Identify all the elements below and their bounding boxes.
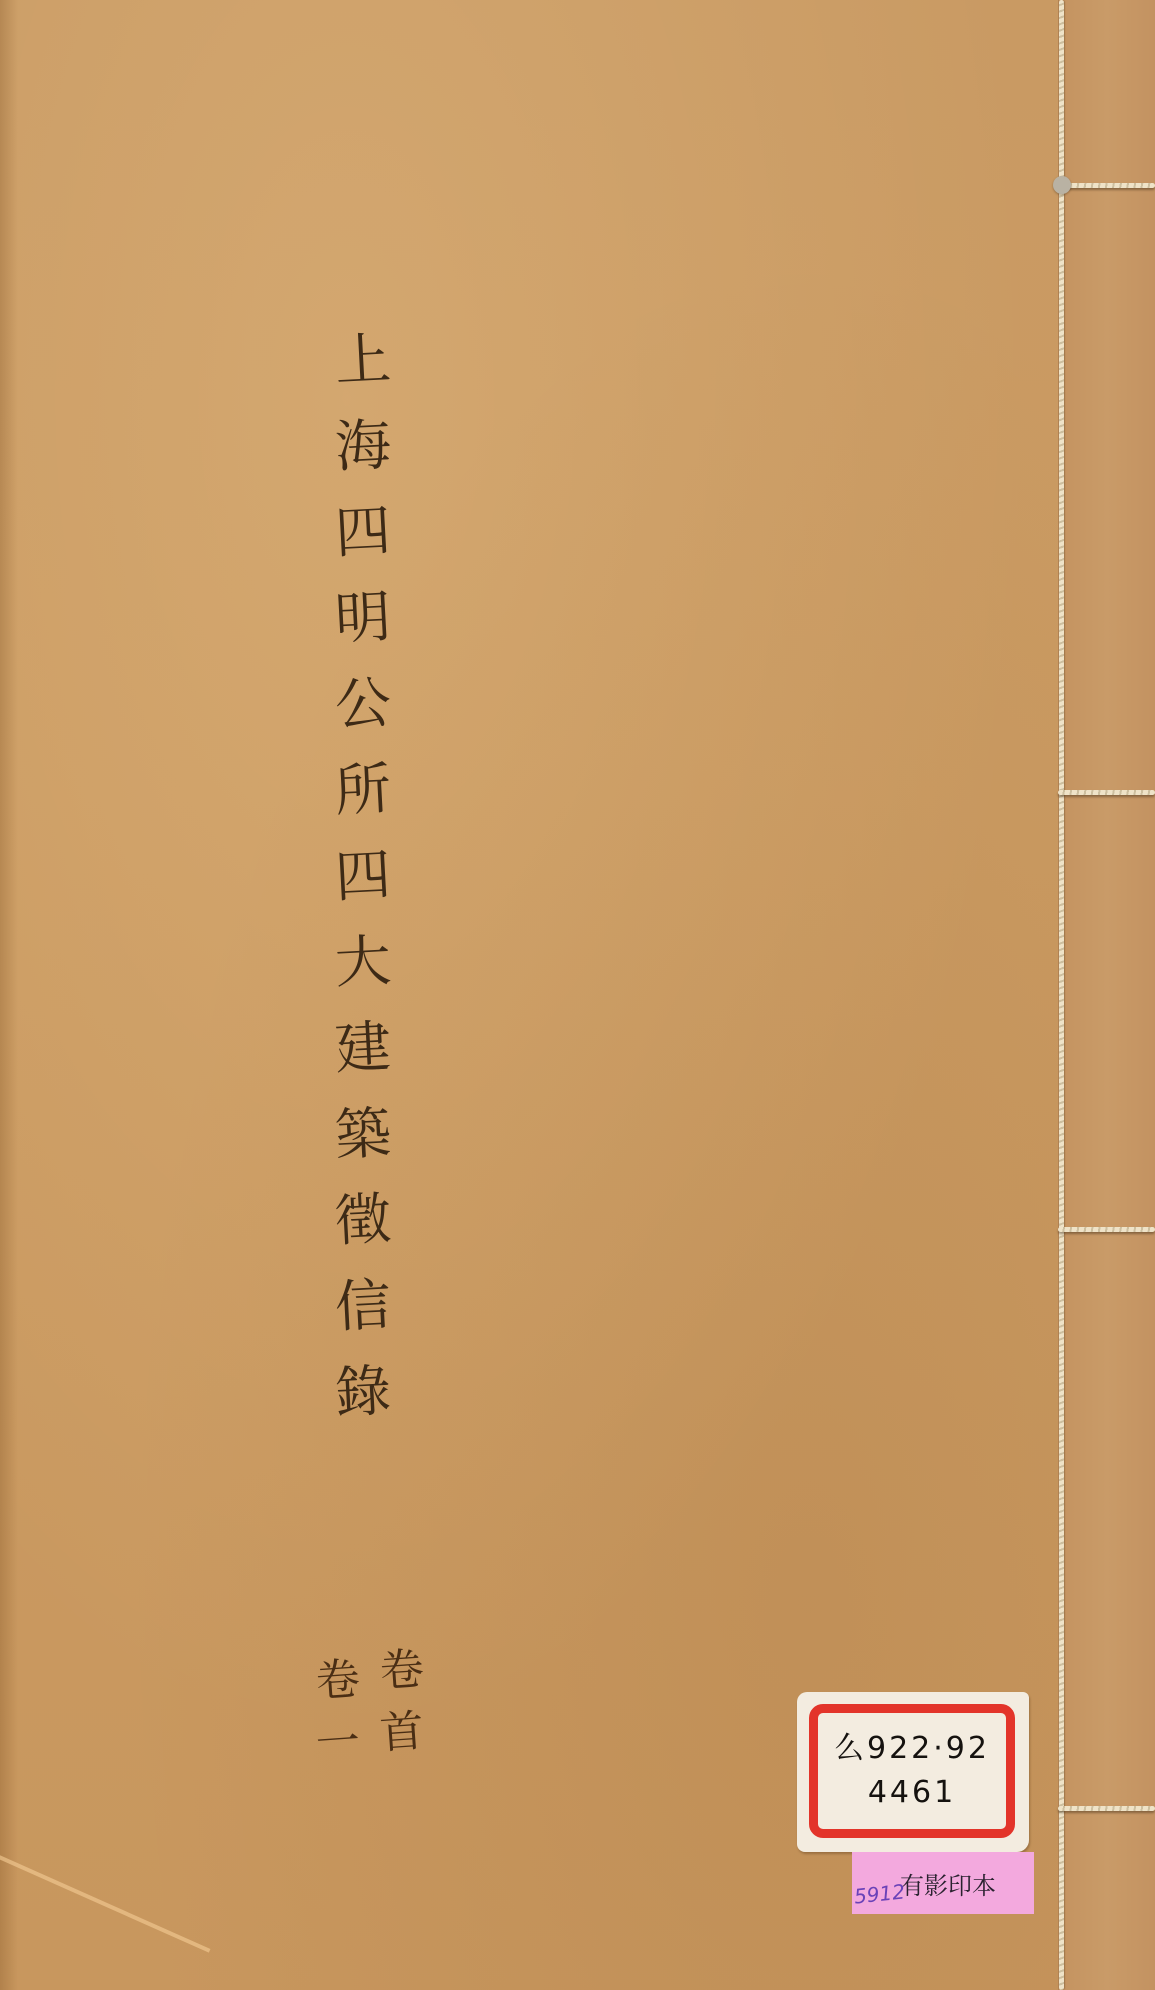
title-char: 大 <box>333 919 393 1008</box>
binding-thread-stitch-1 <box>1058 183 1155 188</box>
binding-thread-stitch-3 <box>1058 1227 1155 1232</box>
title-char: 明 <box>333 575 393 664</box>
title-char: 信 <box>333 1263 393 1352</box>
binding-thread-stitch-2 <box>1058 790 1155 795</box>
title-char: 四 <box>333 833 393 922</box>
title-char: 四 <box>333 489 393 578</box>
title-char: 所 <box>333 747 393 836</box>
binding-thread-stitch-4 <box>1058 1806 1155 1811</box>
handwritten-number: 5912 <box>853 1879 906 1908</box>
volume-note-juan-shou: 卷 首 <box>380 1640 424 1764</box>
binding-spine <box>1058 0 1155 1990</box>
volume-char: 卷 <box>378 1639 426 1704</box>
title-char: 築 <box>333 1091 393 1180</box>
photocopy-available-tag: 有影印本 5912 <box>852 1852 1034 1914</box>
library-call-number-label: 么922·92 4461 <box>797 1692 1029 1852</box>
volume-char: 一 <box>314 1711 362 1776</box>
call-number-item: 4461 <box>868 1771 956 1815</box>
title-char: 建 <box>333 1005 393 1094</box>
title-char: 徵 <box>333 1177 393 1266</box>
title-char: 海 <box>333 403 393 492</box>
cover-left-edge-shadow <box>0 0 18 1990</box>
handwritten-title: 上 海 四 明 公 所 四 大 建 築 徵 信 錄 <box>318 318 408 1436</box>
title-char: 錄 <box>333 1349 393 1438</box>
tag-text: 有影印本 <box>900 1866 996 1901</box>
call-number-class: 么922·92 <box>834 1727 990 1771</box>
title-char: 公 <box>333 661 393 750</box>
volume-char: 首 <box>378 1701 426 1766</box>
title-char: 上 <box>333 317 393 406</box>
thread-knot-icon <box>1053 176 1071 194</box>
volume-char: 卷 <box>314 1649 362 1714</box>
book-cover: 上 海 四 明 公 所 四 大 建 築 徵 信 錄 卷 首 卷 一 么922·9… <box>0 0 1155 1990</box>
call-number-red-frame: 么922·92 4461 <box>809 1704 1015 1838</box>
paper-crease <box>0 1851 210 1952</box>
binding-thread-vertical <box>1059 0 1064 1990</box>
volume-note-juan-yi: 卷 一 <box>316 1650 360 1774</box>
